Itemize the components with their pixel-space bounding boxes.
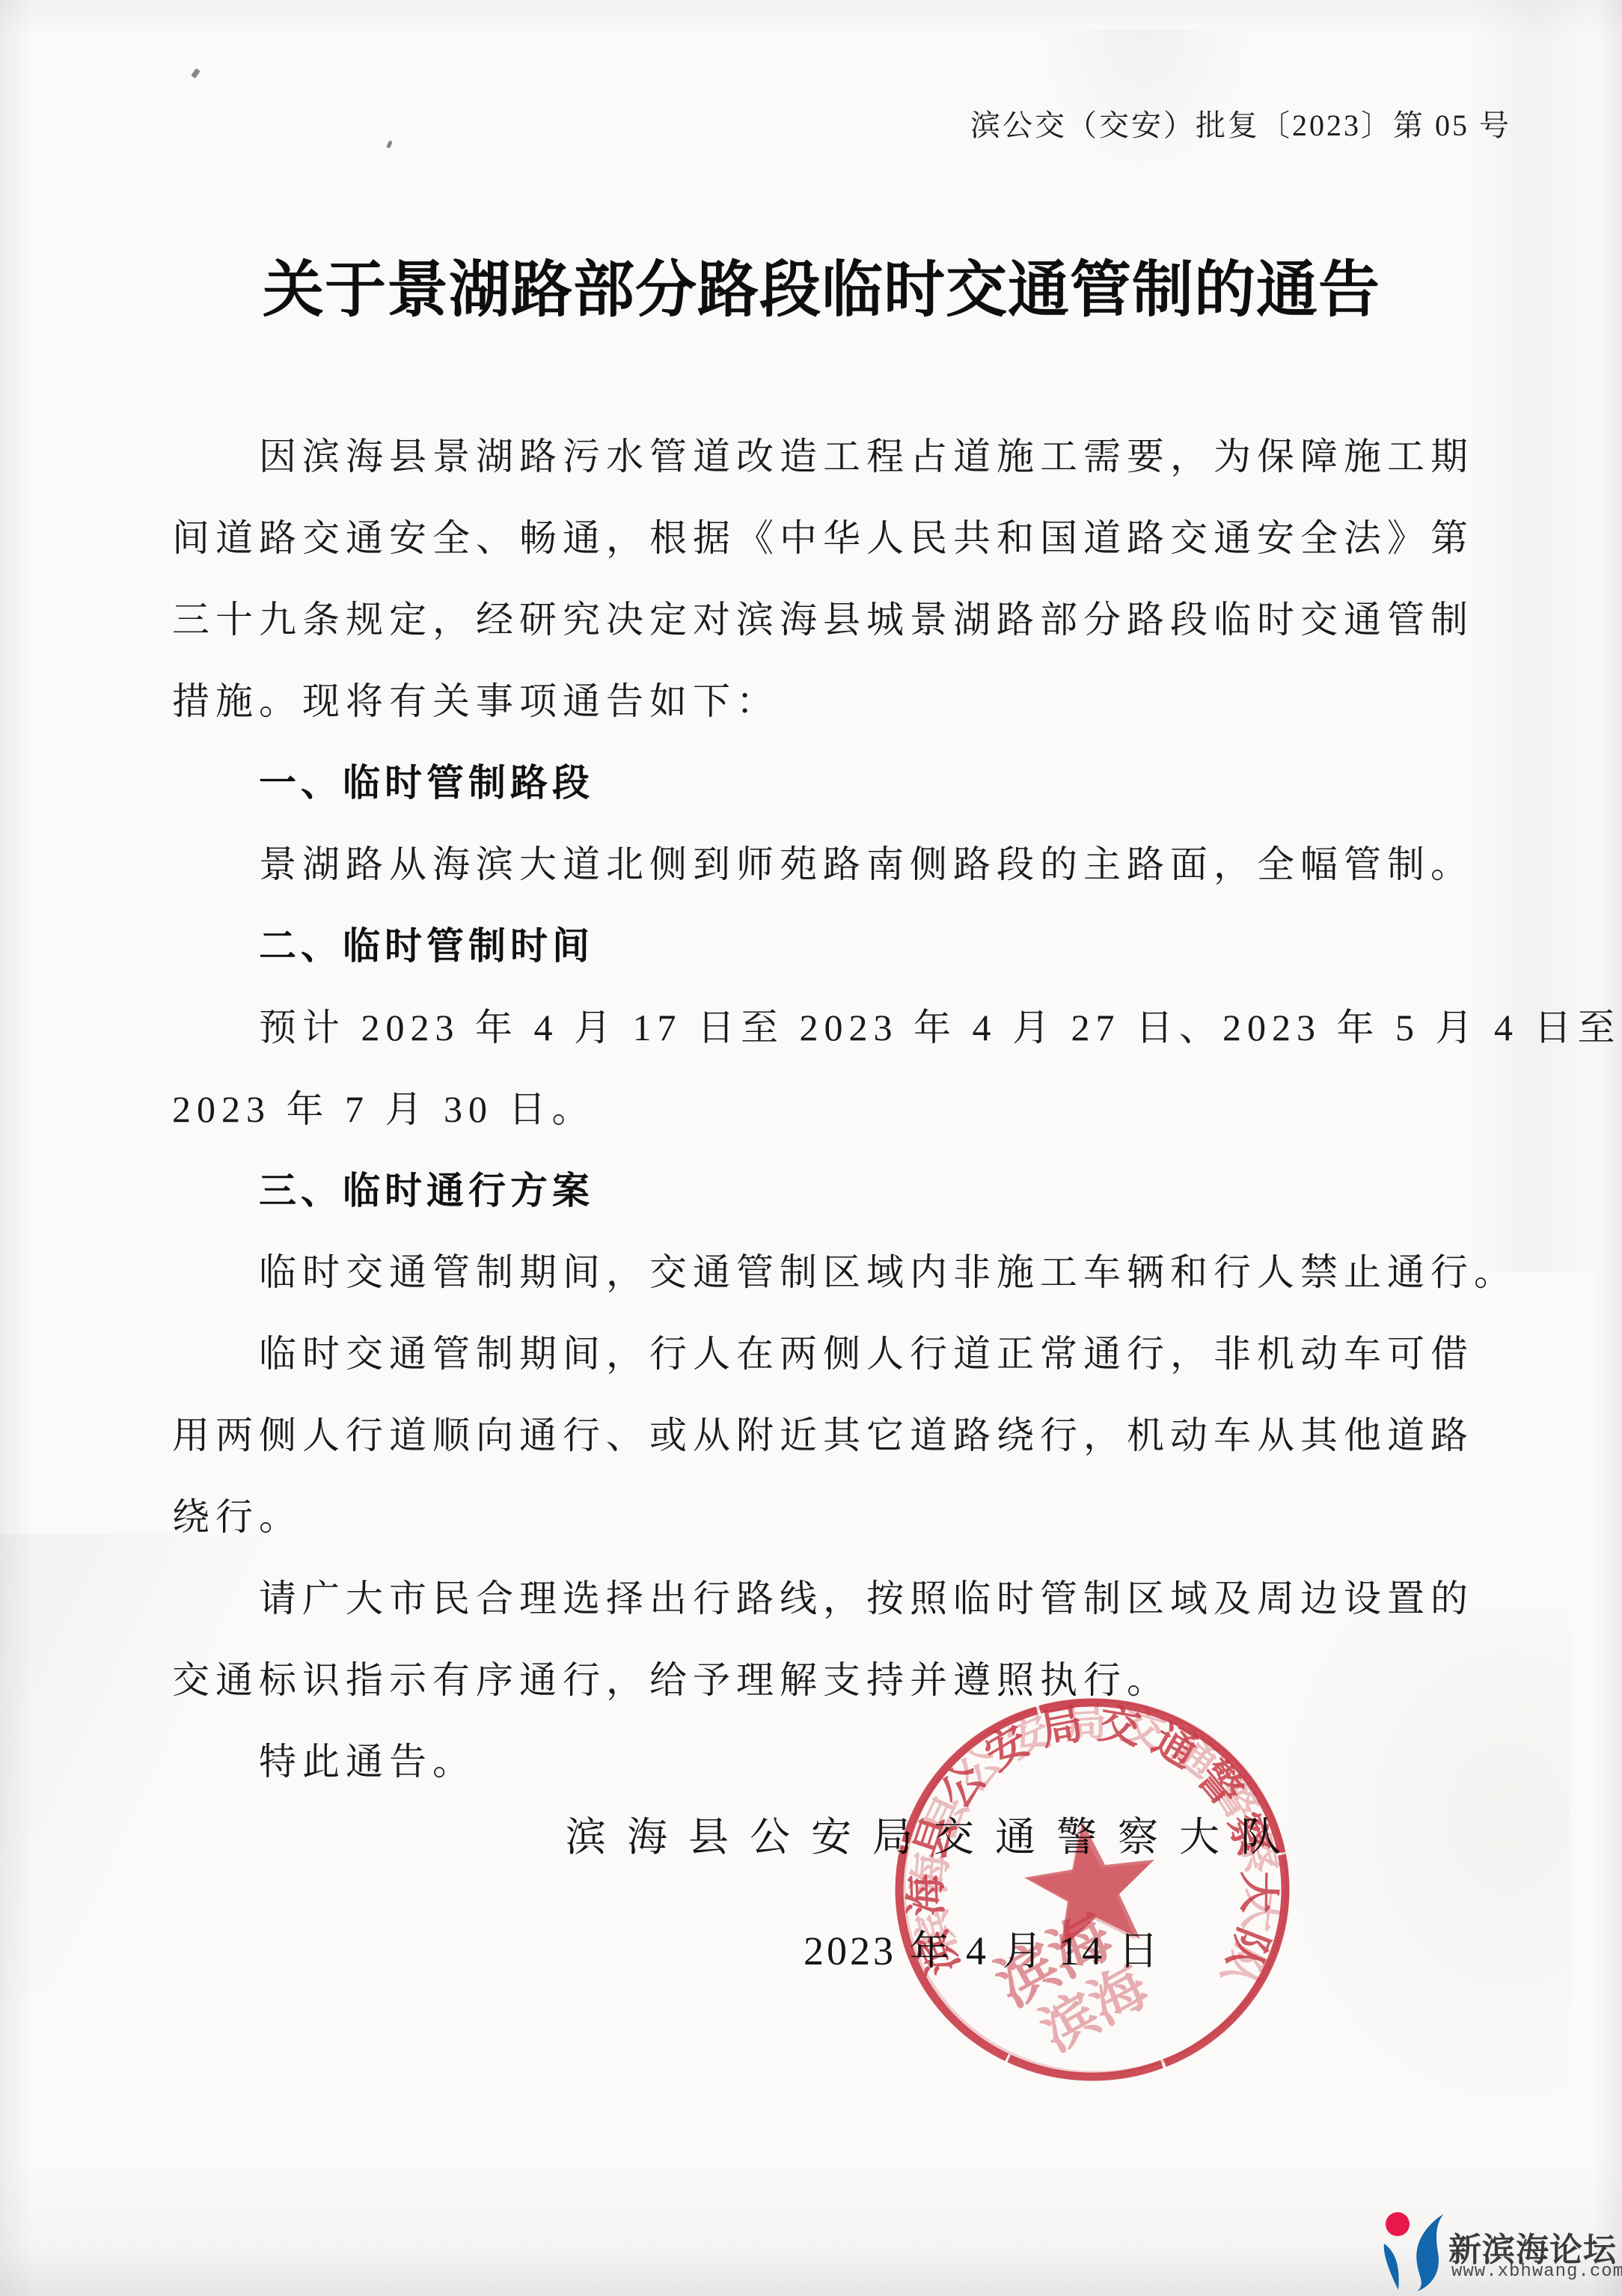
section-heading-2: 二、临时管制时间 [172,906,1511,987]
body-line: 交通标识指示有序通行，给予理解支持并遵照执行。 [172,1640,1511,1721]
body-line: 请广大市民合理选择出行路线，按照临时管制区域及周边设置的 [172,1558,1511,1640]
doc-number: 滨公交（交安）批复〔2023〕第 05 号 [0,102,1511,144]
signature-date: 2023 年 4 月 14 日 [804,1919,1162,1976]
watermark-logo-icon [1368,2208,1450,2292]
body-line: 2023 年 7 月 30 日。 [172,1069,1511,1150]
body-line: 三十九条规定，经研究决定对滨海县城景湖路部分路段临时交通管制 [172,579,1511,661]
body-line: 措施。现将有关事项通告如下： [172,661,1511,742]
signature-agency: 滨海县公安局交通警察大队 [566,1805,1302,1863]
body-line: 临时交通管制期间，行人在两侧人行道正常通行，非机动车可借 [172,1313,1511,1395]
section-heading-1: 一、临时管制路段 [172,742,1511,824]
body-line: 临时交通管制期间，交通管制区域内非施工车辆和行人禁止通行。 [172,1232,1511,1313]
watermark: 新滨海论坛 www.xbhwang.com [1368,2208,1619,2292]
notice-title: 关于景湖路部分路段临时交通管制的通告 [10,241,1622,329]
body-line: 特此通告。 [172,1721,1511,1803]
section-heading-3: 三、临时通行方案 [172,1150,1511,1232]
scanned-notice-page: 滨公交（交安）批复〔2023〕第 05 号 关于景湖路部分路段临时交通管制的通告… [0,0,1622,2296]
notice-body: 因滨海县景湖路污水管道改造工程占道施工需要，为保障施工期 间道路交通安全、畅通，… [172,416,1511,1803]
body-line: 预计 2023 年 4 月 17 日至 2023 年 4 月 27 日、2023… [172,987,1511,1069]
body-line: 景湖路从海滨大道北侧到师苑路南侧路段的主路面，全幅管制。 [172,824,1511,906]
body-line: 绕行。 [172,1477,1511,1558]
body-line: 间道路交通安全、畅通，根据《中华人民共和国道路交通安全法》第 [172,498,1511,579]
scan-speck [191,68,201,79]
body-line: 因滨海县景湖路污水管道改造工程占道施工需要，为保障施工期 [172,416,1511,498]
body-line: 用两侧人行道顺向通行、或从附近其它道路绕行，机动车从其他道路 [172,1395,1511,1477]
watermark-site-url: www.xbhwang.com [1451,2262,1622,2282]
